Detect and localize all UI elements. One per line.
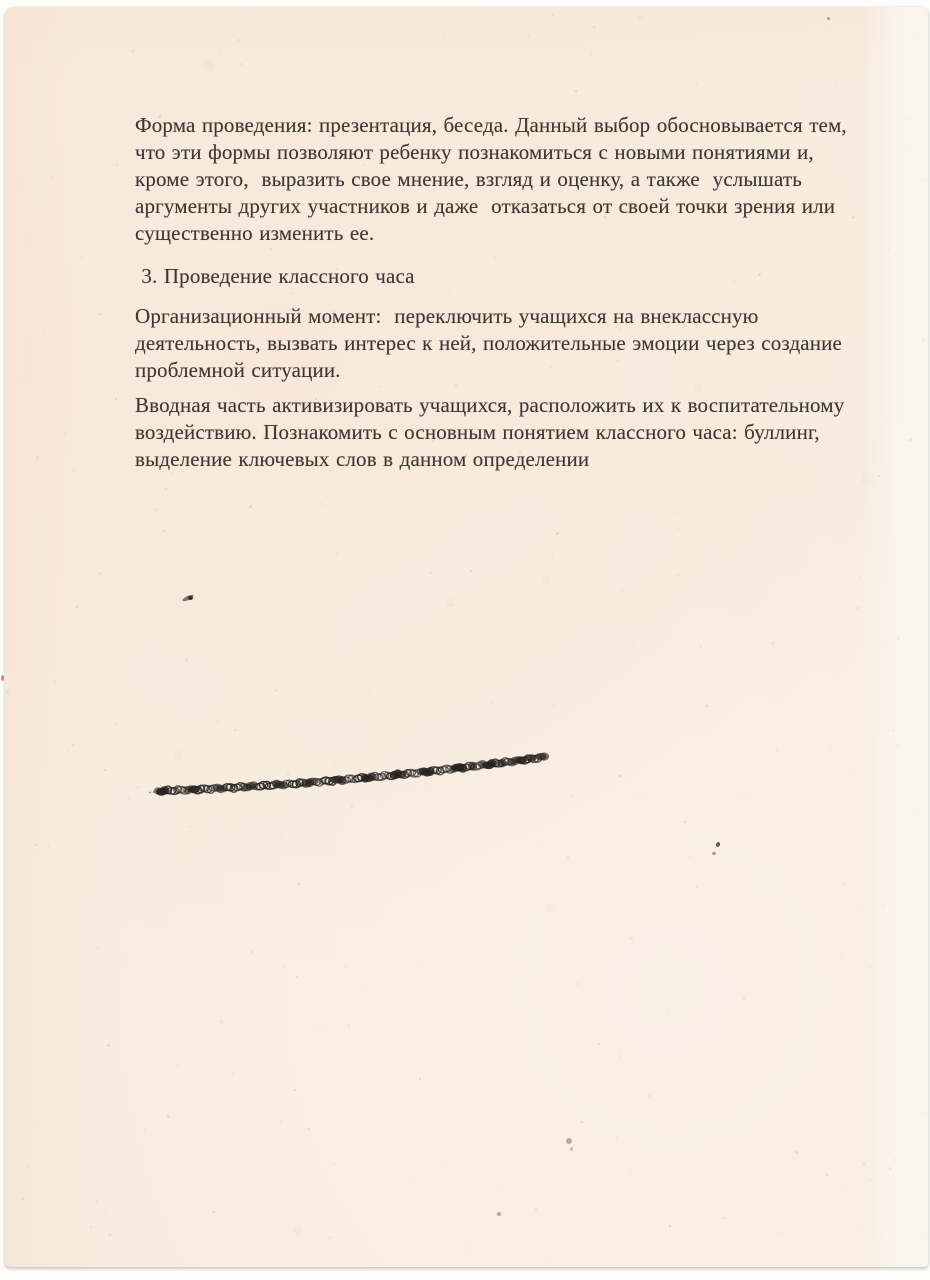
ink-speck bbox=[1, 675, 4, 681]
paragraph-introductory-part: Вводная часть активизировать учащихся, р… bbox=[135, 392, 915, 473]
paragraph-form-of-lesson: Форма проведения: презентация, беседа. Д… bbox=[135, 112, 915, 247]
heading-section-3: 3. Проведение классного часа bbox=[135, 263, 915, 290]
paragraph-organizational-moment: Организационный момент: переключить учащ… bbox=[135, 303, 915, 384]
scan-background: Форма проведения: презентация, беседа. Д… bbox=[0, 0, 930, 1280]
document-text: Форма проведения: презентация, беседа. Д… bbox=[135, 112, 915, 473]
